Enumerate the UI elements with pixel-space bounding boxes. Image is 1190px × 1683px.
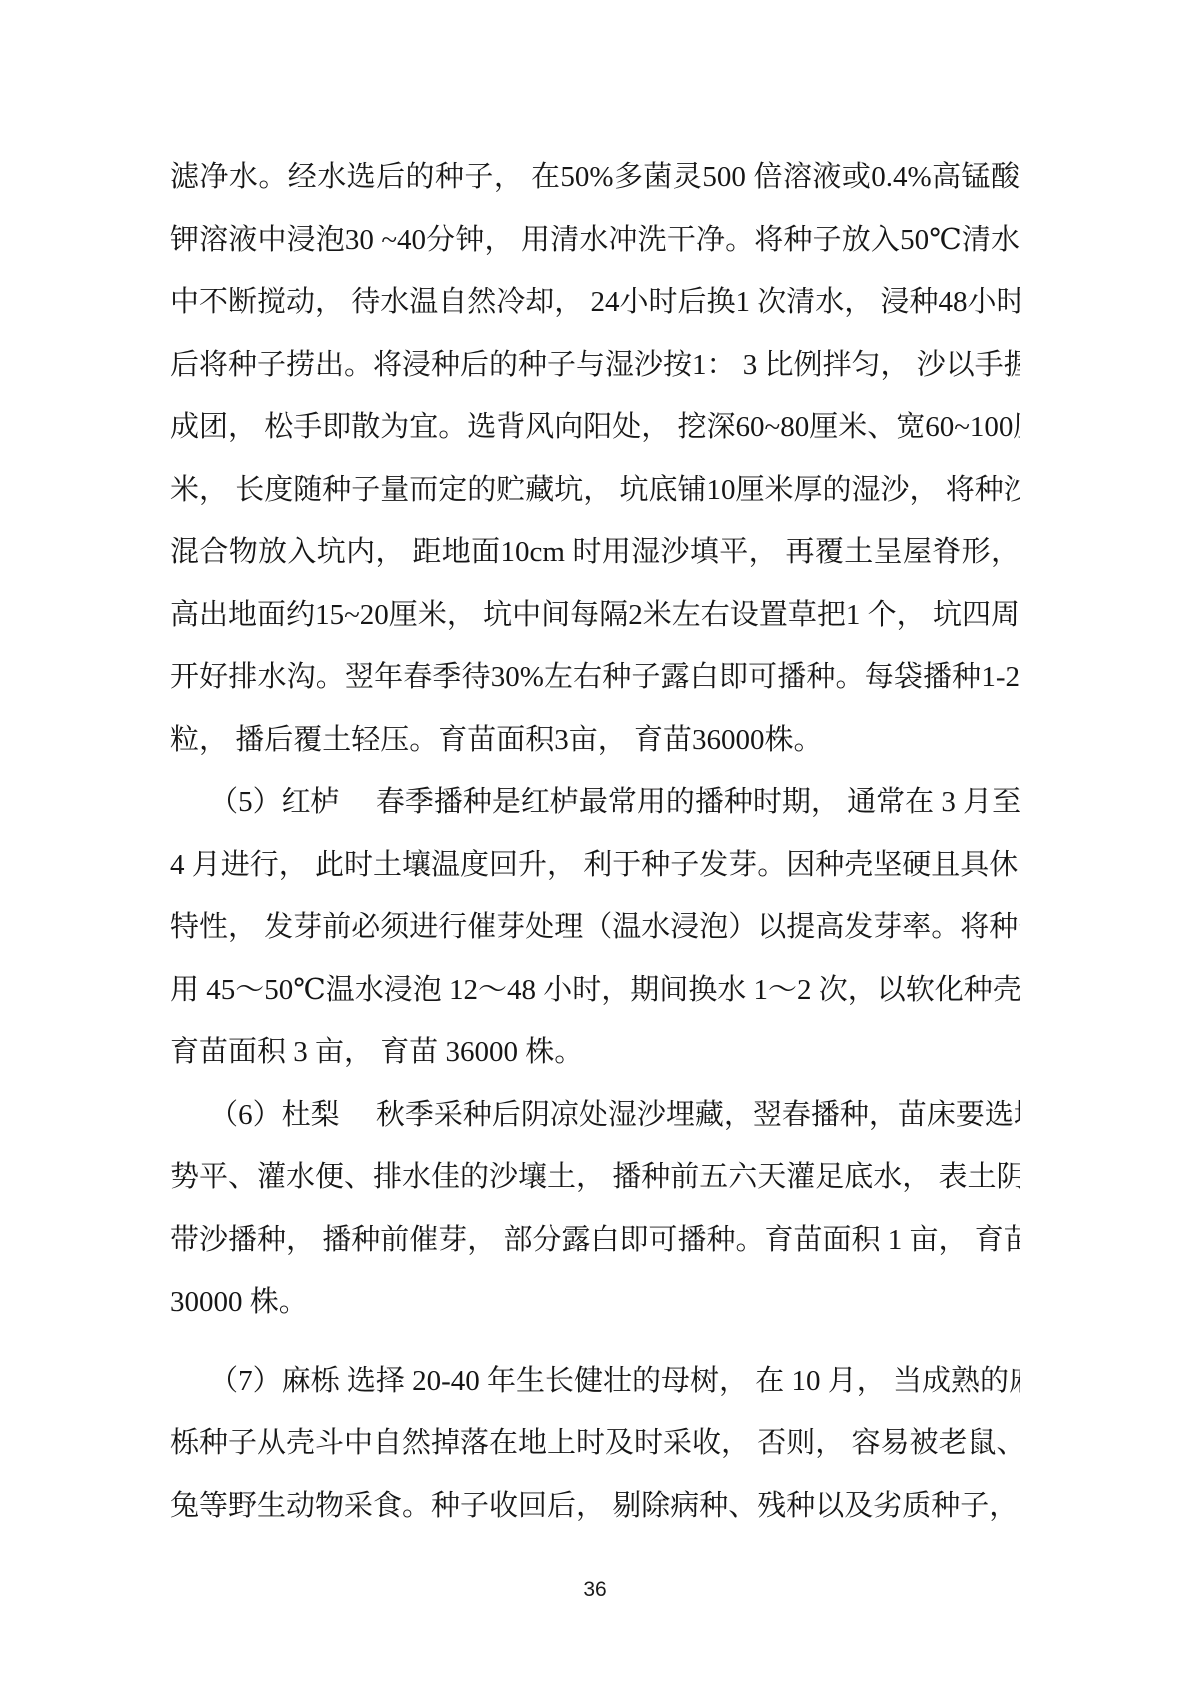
- text-line: （6）杜梨 秋季采种后阴凉处湿沙埋藏，翌春播种，苗床要选地: [170, 1084, 1020, 1147]
- page-text: 滤净水。经水选后的种子， 在50%多菌灵500 倍溶液或0.4%高锰酸钾溶液中浸…: [170, 146, 1020, 1537]
- text-line: 中不断搅动， 待水温自然冷却， 24小时后换1 次清水， 浸种48小时: [170, 271, 1020, 334]
- text-line: 混合物放入坑内， 距地面10cm 时用湿沙填平， 再覆土呈屋脊形，: [170, 521, 1020, 584]
- text-line: 30000 株。: [170, 1271, 1020, 1334]
- text-line: 成团， 松手即散为宜。选背风向阳处， 挖深60~80厘米、宽60~100厘: [170, 396, 1020, 459]
- text-line: 用 45～50℃温水浸泡 12～48 小时，期间换水 1～2 次，以软化种壳。: [170, 959, 1020, 1022]
- paragraph-continuation: 滤净水。经水选后的种子， 在50%多菌灵500 倍溶液或0.4%高锰酸钾溶液中浸…: [170, 146, 1020, 771]
- text-line: 育苗面积 3 亩， 育苗 36000 株。: [170, 1021, 1020, 1084]
- document-page: 滤净水。经水选后的种子， 在50%多菌灵500 倍溶液或0.4%高锰酸钾溶液中浸…: [0, 0, 1190, 1683]
- paragraph-item-7: （7）麻栎 选择 20-40 年生长健壮的母树， 在 10 月， 当成熟的麻栎种…: [170, 1350, 1020, 1538]
- paragraph-item-6: （6）杜梨 秋季采种后阴凉处湿沙埋藏，翌春播种，苗床要选地势平、灌水便、排水佳的…: [170, 1084, 1020, 1334]
- text-line: 粒， 播后覆土轻压。育苗面积3亩， 育苗36000株。: [170, 709, 1020, 772]
- text-line: 钾溶液中浸泡30 ~40分钟， 用清水冲洗干净。将种子放入50℃清水: [170, 209, 1020, 272]
- text-line: 后将种子捞出。将浸种后的种子与湿沙按1： 3 比例拌匀， 沙以手握: [170, 334, 1020, 397]
- text-line: 兔等野生动物采食。种子收回后， 剔除病种、残种以及劣质种子， 留: [170, 1475, 1020, 1538]
- page-number: 36: [0, 1578, 1190, 1602]
- text-line: 势平、灌水便、排水佳的沙壤土， 播种前五六天灌足底水， 表土阴干: [170, 1146, 1020, 1209]
- text-line: （7）麻栎 选择 20-40 年生长健壮的母树， 在 10 月， 当成熟的麻: [170, 1350, 1020, 1413]
- text-line: 栎种子从壳斗中自然掉落在地上时及时采收， 否则， 容易被老鼠、野: [170, 1412, 1020, 1475]
- text-line: 带沙播种， 播种前催芽， 部分露白即可播种。育苗面积 1 亩， 育苗: [170, 1209, 1020, 1272]
- text-line: 开好排水沟。翌年春季待30%左右种子露白即可播种。每袋播种1-2: [170, 646, 1020, 709]
- text-line: 高出地面约15~20厘米， 坑中间每隔2米左右设置草把1 个， 坑四周: [170, 584, 1020, 647]
- text-line: 米， 长度随种子量而定的贮藏坑， 坑底铺10厘米厚的湿沙， 将种沙: [170, 459, 1020, 522]
- paragraph-item-5: （5）红栌 春季播种是红栌最常用的播种时期， 通常在 3 月至4 月进行， 此时…: [170, 771, 1020, 1084]
- text-line: 特性， 发芽前必须进行催芽处理（温水浸泡）以提高发芽率。将种子: [170, 896, 1020, 959]
- text-line: 4 月进行， 此时土壤温度回升， 利于种子发芽。因种壳坚硬且具休眠: [170, 834, 1020, 897]
- text-line: （5）红栌 春季播种是红栌最常用的播种时期， 通常在 3 月至: [170, 771, 1020, 834]
- text-line: 滤净水。经水选后的种子， 在50%多菌灵500 倍溶液或0.4%高锰酸: [170, 146, 1020, 209]
